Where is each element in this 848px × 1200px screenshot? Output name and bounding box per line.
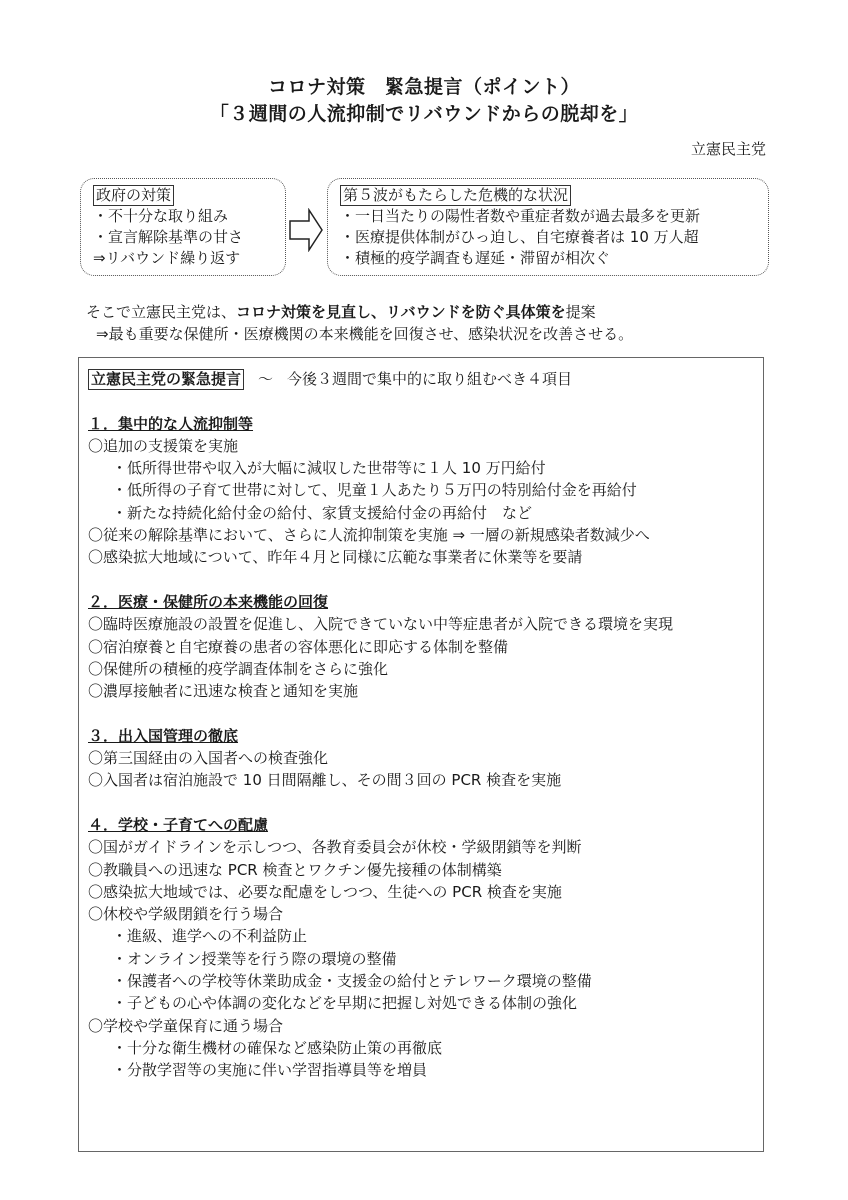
spacer [88, 390, 673, 412]
list-item: 〇休校や学級閉鎖を行う場合 [88, 903, 673, 925]
fifth-wave-heading: 第５波がもたらした危機的な状況 [340, 185, 571, 206]
intro-text: 提案 [566, 303, 596, 321]
sub-item: ・十分な衛生機材の確保など感染防止策の再徹底 [88, 1037, 673, 1059]
section-title: ２．医療・保健所の本来機能の回復 [88, 593, 328, 611]
list-item: 〇学校や学童保育に通う場合 [88, 1015, 673, 1037]
list-item: 〇教職員への迅速な PCR 検査とワクチン優先接種の体制構築 [88, 859, 673, 881]
tilde: ～ [258, 370, 273, 388]
sub-item: ・子どもの心や体調の変化などを早期に把握し対処できる体制の強化 [88, 992, 673, 1014]
intro-emphasis: コロナ対策を見直し、リバウンドを防ぐ具体策を [236, 303, 566, 321]
list-item: 〇従来の解除基準において、さらに人流抑制策を実施 ⇒ 一層の新規感染者数減少へ [88, 524, 673, 546]
spacer [88, 792, 673, 814]
proposal-heading: 立憲民主党の緊急提言 [88, 369, 244, 390]
list-item: 〇保健所の積極的疫学調査体制をさらに強化 [88, 658, 673, 680]
list-item: 〇感染拡大地域について、昨年４月と同様に広範な事業者に休業等を要請 [88, 546, 673, 568]
list-item: 〇宿泊療養と自宅療養の患者の容体悪化に即応する体制を整備 [88, 636, 673, 658]
fifth-wave-item: ・一日当たりの陽性者数や重症者数が過去最多を更新 [340, 206, 700, 227]
intro-paragraph: そこで立憲民主党は、コロナ対策を見直し、リバウンドを防ぐ具体策を提案 ⇒最も重要… [86, 301, 633, 345]
fifth-wave-item: ・積極的疫学調査も遅延・滞留が相次ぐ [340, 248, 700, 269]
intro-text: そこで立憲民主党は、 [86, 303, 236, 321]
government-measures-item: ・不十分な取り組み [93, 206, 243, 227]
right-arrow-icon [289, 208, 323, 252]
list-item: 〇第三国経由の入国者への検査強化 [88, 747, 673, 769]
fifth-wave-item: ・医療提供体制がひっ迫し、自宅療養者は 10 万人超 [340, 227, 700, 248]
list-item: 〇濃厚接触者に迅速な検査と通知を実施 [88, 680, 673, 702]
author-party: 立憲民主党 [691, 138, 766, 159]
sub-item: ・保護者への学校等休業助成金・支援金の給付とテレワーク環境の整備 [88, 970, 673, 992]
list-item: 〇臨時医療施設の設置を促進し、入院できていない中等症患者が入院できる環境を実現 [88, 613, 673, 635]
list-item: 〇感染拡大地域では、必要な配慮をしつつ、生徒への PCR 検査を実施 [88, 881, 673, 903]
government-measures-box: 政府の対策 ・不十分な取り組み ・宣言解除基準の甘さ ⇒リバウンド繰り返す [80, 178, 286, 276]
spacer [88, 702, 673, 724]
fifth-wave-situation-box: 第５波がもたらした危機的な状況 ・一日当たりの陽性者数や重症者数が過去最多を更新… [327, 178, 769, 276]
document-title: コロナ対策 緊急提言（ポイント） [0, 72, 848, 99]
section-title: ３．出入国管理の徹底 [88, 727, 238, 745]
proposal-subheading: 今後３週間で集中的に取り組むべき４項目 [287, 370, 572, 388]
government-measures-item: ⇒リバウンド繰り返す [93, 248, 243, 269]
intro-conclusion: ⇒最も重要な保健所・医療機関の本来機能を回復させ、感染状況を改善させる。 [86, 323, 633, 345]
emergency-proposal-box: 立憲民主党の緊急提言～今後３週間で集中的に取り組むべき４項目 １．集中的な人流抑… [78, 357, 764, 1152]
sub-item: ・進級、進学への不利益防止 [88, 925, 673, 947]
list-item: 〇入国者は宿泊施設で 10 日間隔離し、その間３回の PCR 検査を実施 [88, 769, 673, 791]
document-subtitle: 「３週間の人流抑制でリバウンドからの脱却を」 [0, 99, 848, 126]
list-item: 〇追加の支援策を実施 [88, 435, 673, 457]
sub-item: ・低所得の子育て世帯に対して、児童１人あたり５万円の特別給付金を再給付 [88, 479, 673, 501]
sub-item: ・新たな持続化給付金の給付、家賃支援給付金の再給付 など [88, 502, 673, 524]
section-title: １．集中的な人流抑制等 [88, 415, 253, 433]
government-measures-item: ・宣言解除基準の甘さ [93, 227, 243, 248]
spacer [88, 569, 673, 591]
sub-item: ・オンライン授業等を行う際の環境の整備 [88, 948, 673, 970]
list-item: 〇国がガイドラインを示しつつ、各教育委員会が休校・学級閉鎖等を判断 [88, 836, 673, 858]
sub-item: ・低所得世帯や収入が大幅に減収した世帯等に１人 10 万円給付 [88, 457, 673, 479]
sub-item: ・分散学習等の実施に伴い学習指導員等を増員 [88, 1059, 673, 1081]
section-title: ４．学校・子育てへの配慮 [88, 816, 268, 834]
government-measures-heading: 政府の対策 [93, 185, 174, 206]
